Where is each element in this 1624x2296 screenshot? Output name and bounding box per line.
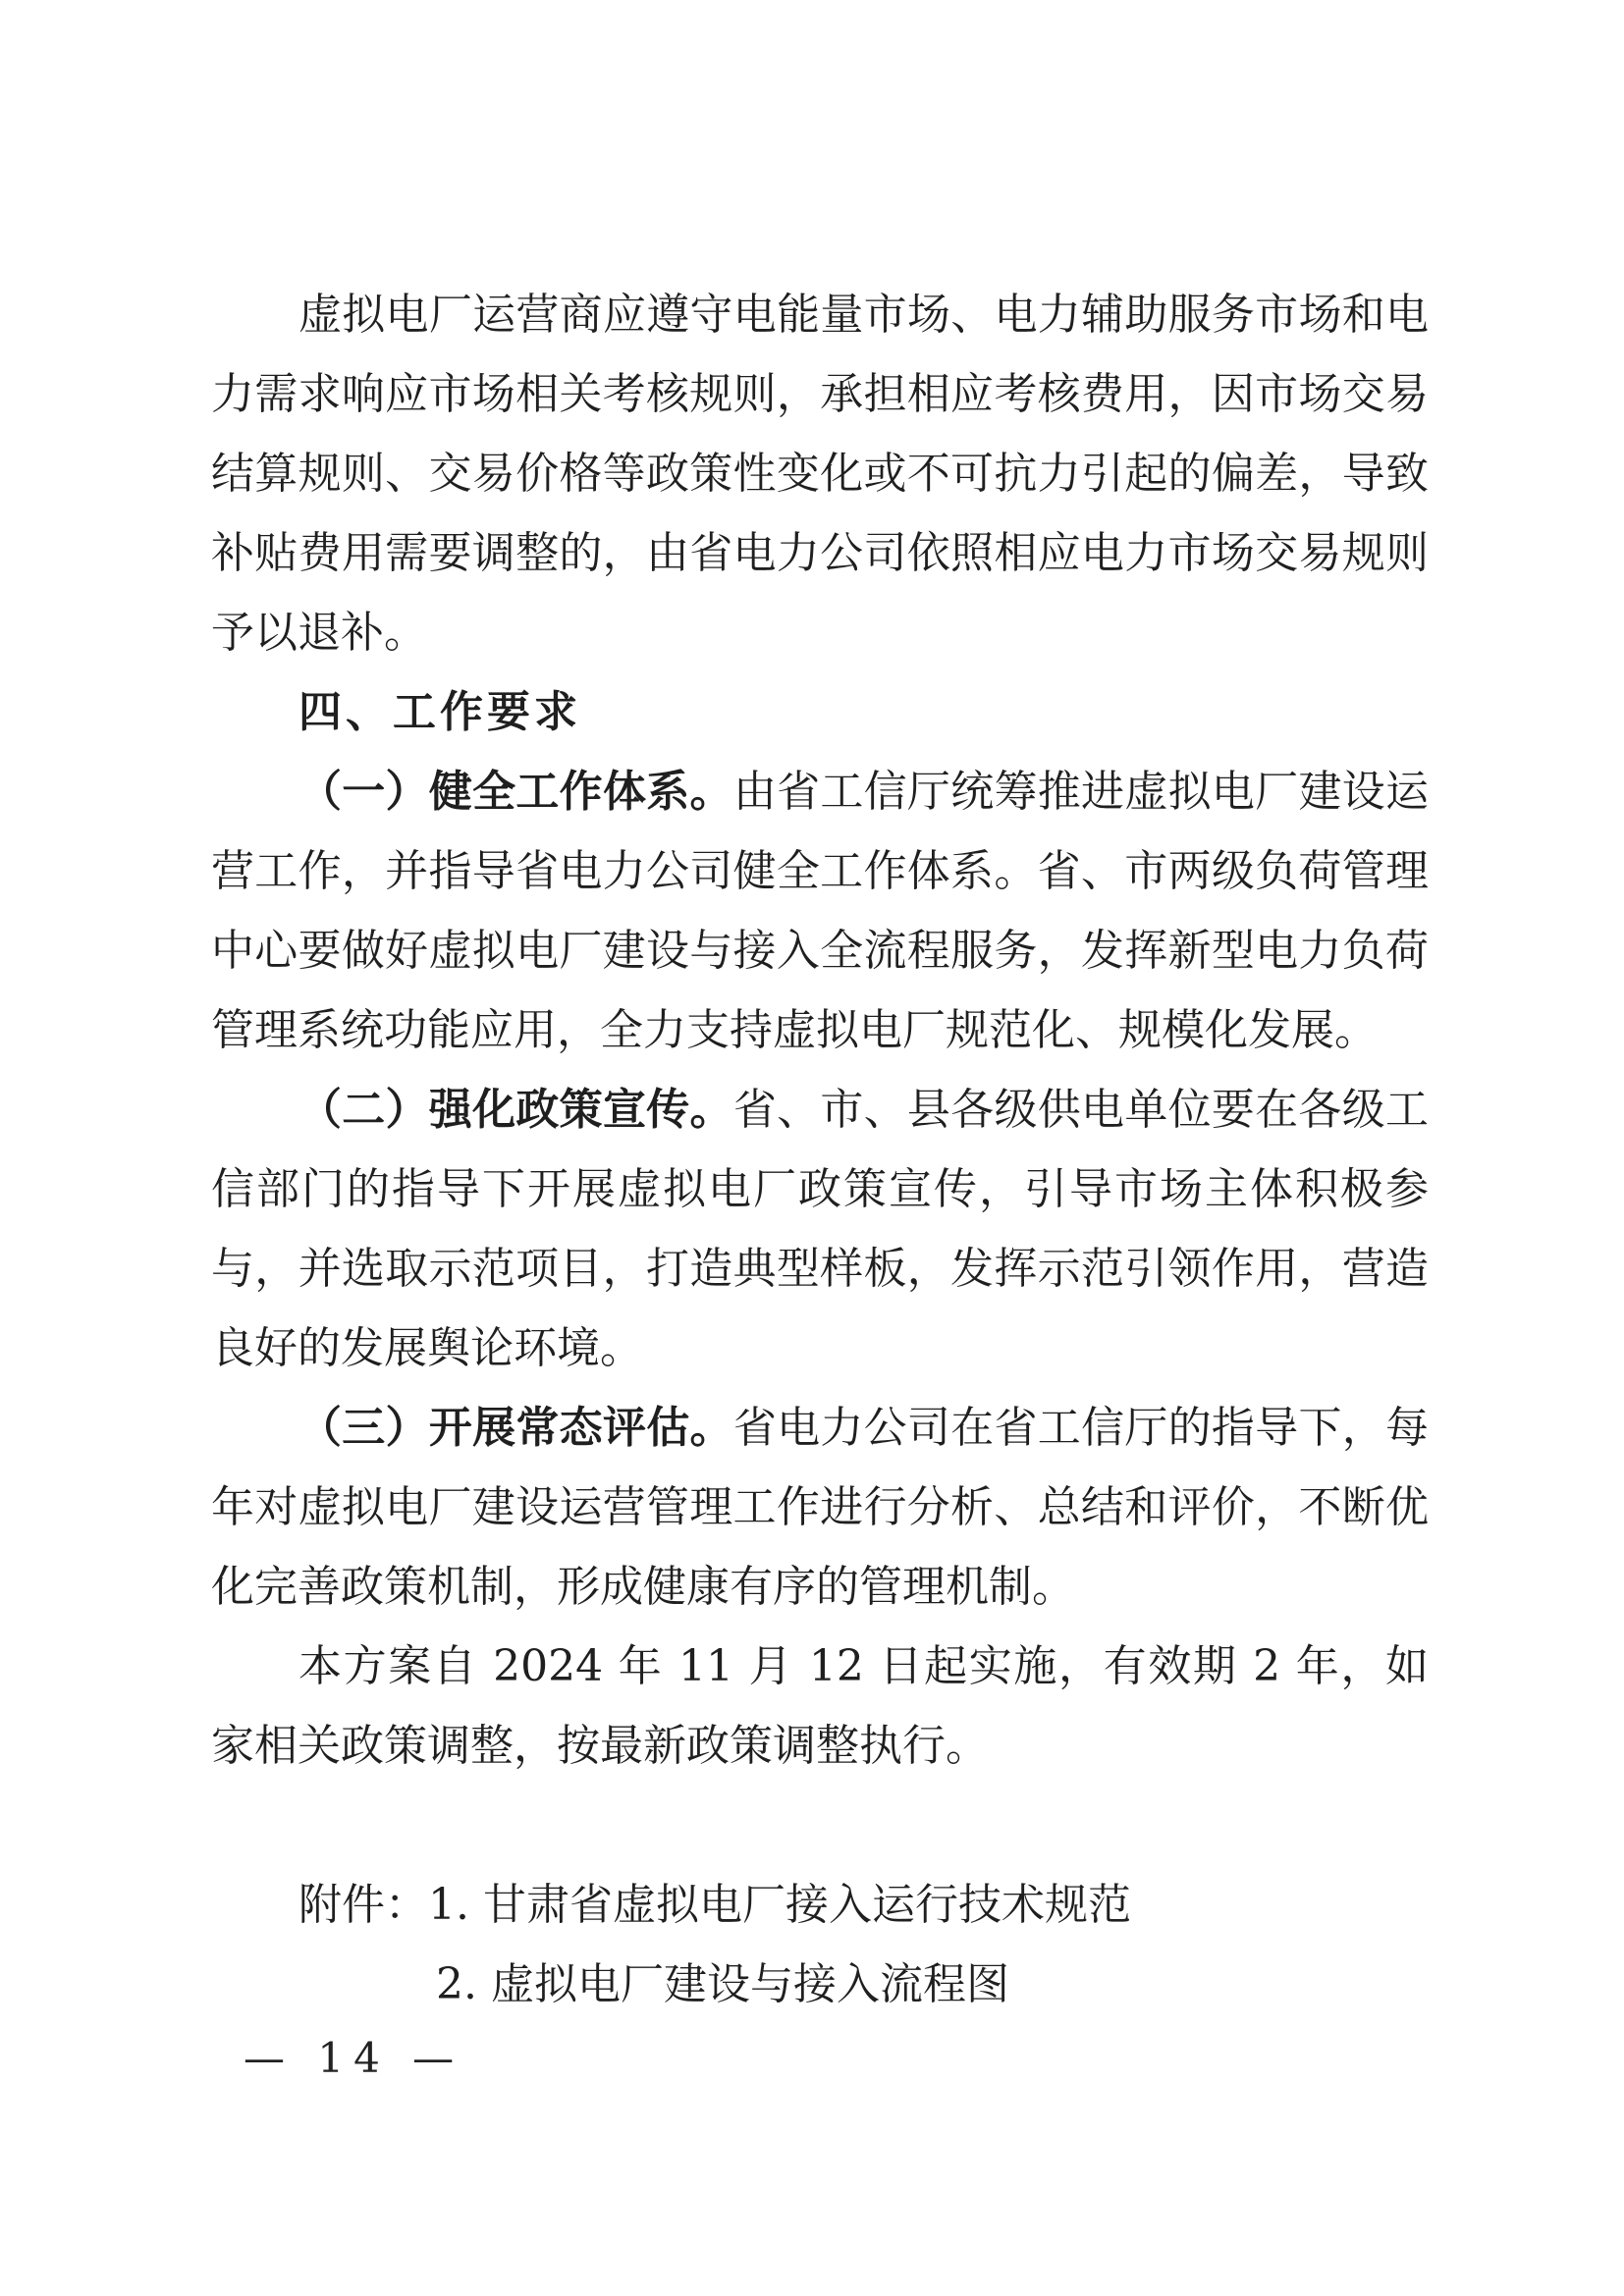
text-segment: 2. 虚拟电厂建设与接入流程图 (436, 1959, 1009, 2009)
section-heading: 四、工作要求 (211, 672, 1429, 752)
text-segment: 中心要做好虚拟电厂建设与接入全流程服务，发挥新型电力负荷 (211, 926, 1429, 976)
text-segment: 附件：1. 甘肃省虚拟电厂接入运行技术规范 (298, 1880, 1131, 1930)
attachment-line: 附件：1. 甘肃省虚拟电厂接入运行技术规范 (211, 1865, 1429, 1945)
text-segment: 管理系统功能应用，全力支持虚拟电厂规范化、规模化发展。 (211, 1005, 1378, 1055)
attachment-line: 2. 虚拟电厂建设与接入流程图 (211, 1945, 1429, 2024)
text-segment: 结算规则、交易价格等政策性变化或不可抗力引起的偏差，导致 (211, 449, 1429, 499)
text-segment: 年对虚拟电厂建设运营管理工作进行分析、总结和评价，不断优 (211, 1482, 1429, 1532)
text-line: 年对虚拟电厂建设运营管理工作进行分析、总结和评价，不断优 (211, 1468, 1429, 1547)
text-segment: 补贴费用需要调整的，由省电力公司依照相应电力市场交易规则 (211, 528, 1429, 578)
blank-line (211, 1786, 1429, 1865)
text-line: 信部门的指导下开展虚拟电厂政策宣传，引导市场主体积极参 (211, 1149, 1429, 1229)
text-line: 补贴费用需要调整的，由省电力公司依照相应电力市场交易规则 (211, 513, 1429, 593)
text-segment: 本方案自 2024 年 11 月 12 日起实施，有效期 2 年，如遇国 (298, 1641, 1429, 1706)
text-line: 予以退补。 (211, 593, 1429, 672)
text-segment: 予以退补。 (211, 608, 427, 658)
document-body: 虚拟电厂运营商应遵守电能量市场、电力辅助服务市场和电力需求响应市场相关考核规则，… (211, 275, 1429, 2024)
text-line: （三）开展常态评估。省电力公司在省工信厅的指导下，每 (211, 1388, 1429, 1468)
text-line: 与，并选取示范项目，打造典型样板，发挥示范引领作用，营造 (211, 1229, 1429, 1308)
text-line: 管理系统功能应用，全力支持虚拟电厂规范化、规模化发展。 (211, 990, 1429, 1070)
text-line: 营工作，并指导省电力公司健全工作体系。省、市两级负荷管理 (211, 831, 1429, 911)
text-segment: 由省工信厅统筹推进虚拟电厂建设运 (733, 767, 1429, 817)
emphasis-text: （二）强化政策宣传。 (298, 1085, 733, 1135)
text-segment: 省、市、县各级供电单位要在各级工 (733, 1085, 1429, 1135)
text-line: （一）健全工作体系。由省工信厅统筹推进虚拟电厂建设运 (211, 752, 1429, 831)
text-line: 良好的发展舆论环境。 (211, 1308, 1429, 1388)
text-segment: 虚拟电厂运营商应遵守电能量市场、电力辅助服务市场和电 (298, 290, 1429, 340)
emphasis-text: （三）开展常态评估。 (298, 1403, 733, 1453)
emphasis-text: （一）健全工作体系。 (298, 767, 733, 817)
text-line: 中心要做好虚拟电厂建设与接入全流程服务，发挥新型电力负荷 (211, 911, 1429, 990)
text-segment: 力需求响应市场相关考核规则，承担相应考核费用，因市场交易 (211, 369, 1429, 419)
text-segment: 信部门的指导下开展虚拟电厂政策宣传，引导市场主体积极参 (211, 1164, 1429, 1214)
text-segment: 四、工作要求 (298, 687, 581, 737)
text-line: （二）强化政策宣传。省、市、县各级供电单位要在各级工 (211, 1070, 1429, 1149)
text-segment: 良好的发展舆论环境。 (211, 1323, 643, 1373)
text-segment: 省电力公司在省工信厅的指导下，每 (733, 1403, 1429, 1453)
text-line: 化完善政策机制，形成健康有序的管理机制。 (211, 1547, 1429, 1627)
text-line: 力需求响应市场相关考核规则，承担相应考核费用，因市场交易 (211, 354, 1429, 434)
text-segment: 营工作，并指导省电力公司健全工作体系。省、市两级负荷管理 (211, 846, 1429, 896)
text-segment: 与，并选取示范项目，打造典型样板，发挥示范引领作用，营造 (211, 1244, 1429, 1294)
page-number: — 14 — (244, 2034, 463, 2083)
text-line: 虚拟电厂运营商应遵守电能量市场、电力辅助服务市场和电 (211, 275, 1429, 354)
text-line: 家相关政策调整，按最新政策调整执行。 (211, 1706, 1429, 1786)
text-segment: 家相关政策调整，按最新政策调整执行。 (211, 1721, 989, 1771)
text-line: 本方案自 2024 年 11 月 12 日起实施，有效期 2 年，如遇国 (211, 1627, 1429, 1706)
text-segment: 化完善政策机制，形成健康有序的管理机制。 (211, 1562, 1075, 1612)
text-line: 结算规则、交易价格等政策性变化或不可抗力引起的偏差，导致 (211, 434, 1429, 513)
